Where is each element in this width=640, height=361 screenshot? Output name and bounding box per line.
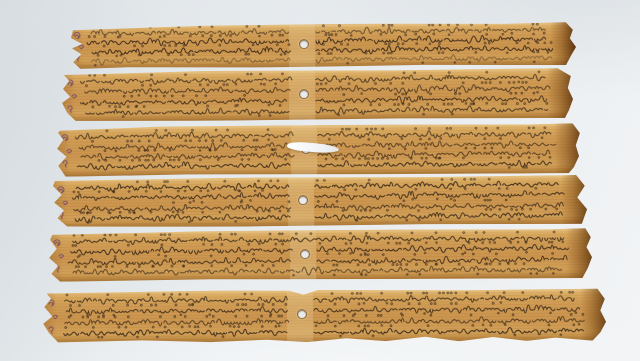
palm-leaf-6 bbox=[41, 289, 606, 344]
handwritten-script bbox=[67, 22, 576, 69]
string-hole bbox=[299, 89, 309, 99]
handwritten-script bbox=[47, 228, 592, 282]
script-diacritics bbox=[77, 178, 490, 193]
script-line-1 bbox=[65, 295, 577, 305]
script-diacritics bbox=[80, 208, 558, 223]
script-line-2 bbox=[71, 244, 569, 255]
photograph-palm-leaf-manuscript bbox=[0, 0, 640, 361]
handwritten-script bbox=[60, 68, 573, 122]
string-hole bbox=[300, 249, 310, 259]
script-line-4 bbox=[73, 265, 562, 276]
script-line-3 bbox=[74, 202, 564, 214]
handwritten-script bbox=[51, 175, 587, 228]
palm-leaf-5 bbox=[47, 228, 592, 282]
script-line-1 bbox=[91, 26, 545, 37]
script-diacritics bbox=[70, 302, 577, 316]
script-line-2 bbox=[66, 305, 579, 316]
palm-leaf-1 bbox=[67, 22, 576, 69]
handwritten-script bbox=[41, 289, 606, 344]
script-line-1 bbox=[75, 130, 551, 141]
script-line-4 bbox=[91, 54, 551, 65]
script-line-3 bbox=[68, 255, 567, 266]
script-diacritics bbox=[86, 81, 539, 96]
script-diacritics bbox=[94, 51, 538, 66]
script-line-1 bbox=[80, 74, 545, 85]
script-line-4 bbox=[75, 211, 564, 222]
script-line-4 bbox=[64, 327, 584, 337]
palm-leaf-3 bbox=[55, 123, 580, 177]
script-diacritics bbox=[98, 156, 551, 171]
script-line-2 bbox=[85, 84, 550, 96]
folio-marks bbox=[62, 135, 72, 168]
script-line-4 bbox=[86, 105, 548, 116]
palm-leaf-2 bbox=[60, 68, 573, 122]
script-line-2 bbox=[87, 35, 546, 46]
palm-leaf-4 bbox=[51, 175, 587, 228]
